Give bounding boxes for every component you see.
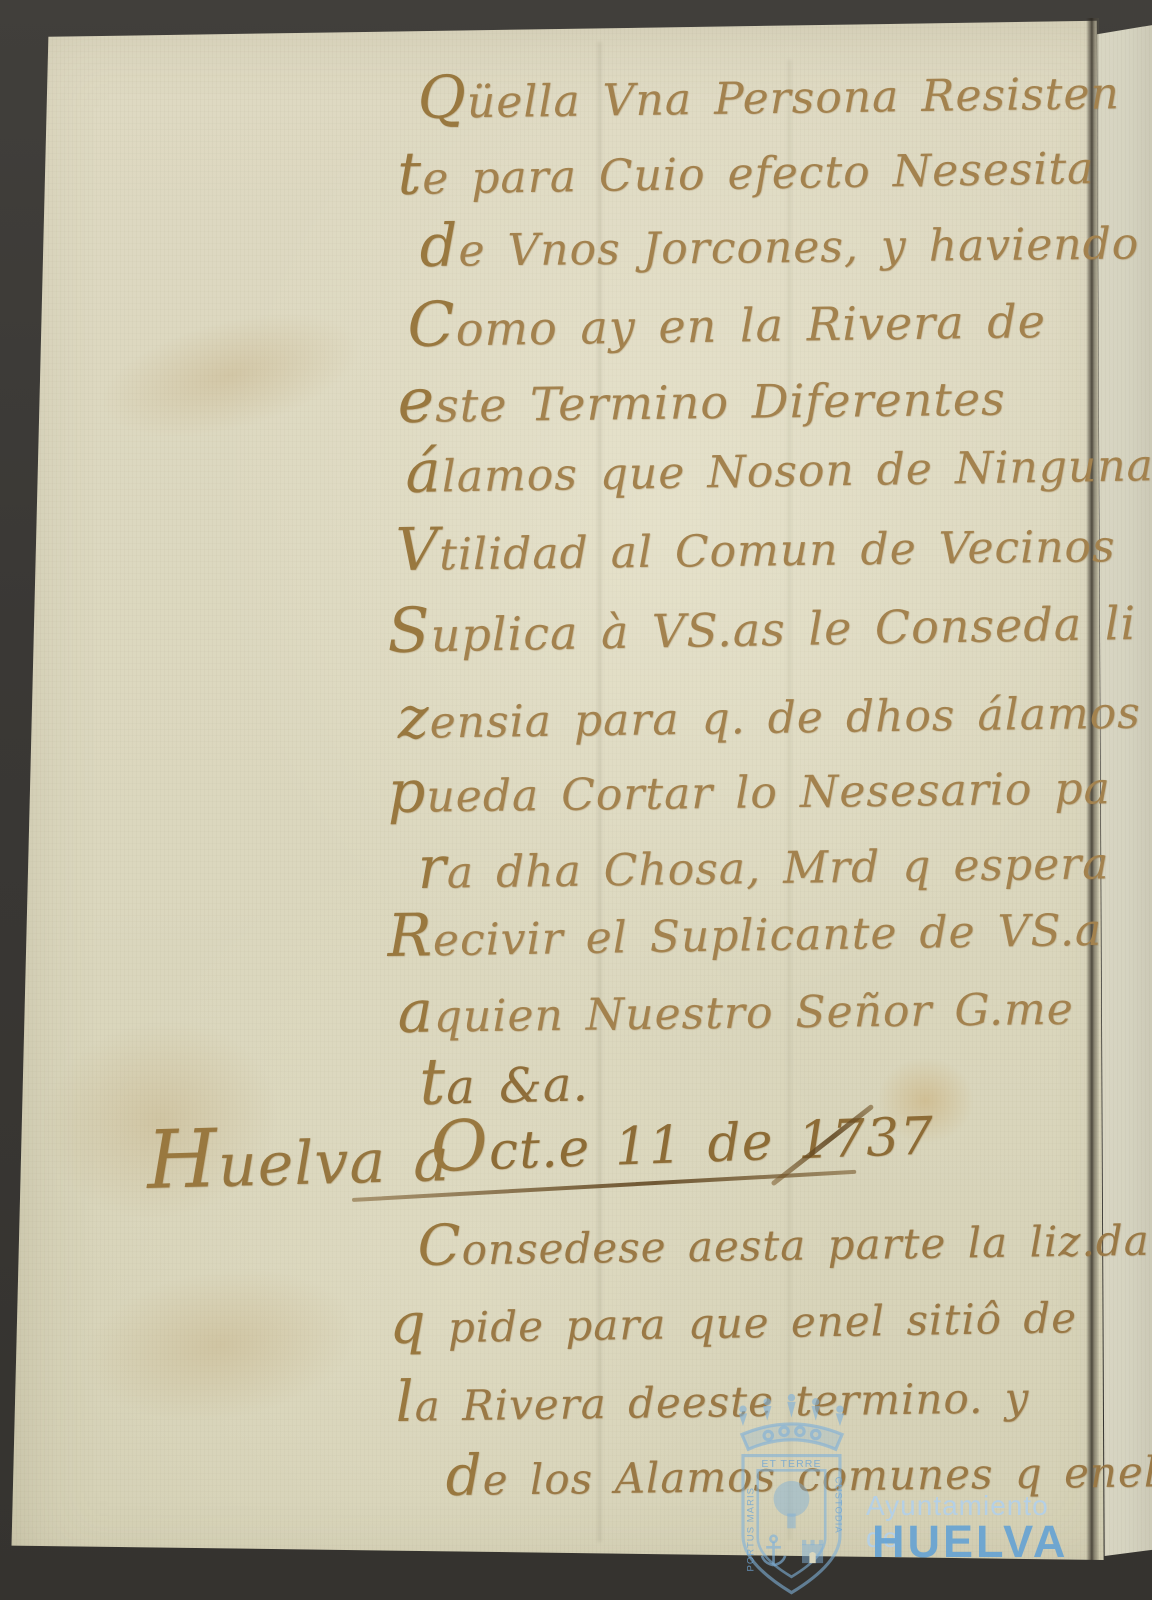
manuscript-line: este Termino Diferentes [397,361,1006,436]
manuscript-line: ra dha Chosa, Mrd q espera [417,826,1110,900]
manuscript-line: Suplica à VS.as le Conseda li [387,585,1137,666]
shield-motto-left: PORTUS MARIS [746,1487,757,1572]
tree-icon [774,1481,810,1528]
manuscript-line: Como ay en la Rivera de [407,283,1046,360]
decree-line: q pide para que enel sitiô de [389,1283,1077,1356]
decree-line: la Rivera deeste termino. y [395,1363,1030,1434]
manuscript-line: álamos que Noson de Ninguna [405,428,1152,505]
huelva-shield-icon: ET TERRE PORTUS MARIS CUSTODIA [726,1386,858,1600]
manuscript-line: Qüella Vna Persona Resisten [417,56,1120,131]
manuscript-line: Vtilidad al Comun de Vecinos [395,509,1116,583]
manuscript-line: pueda Cortar lo Nesesario pa [387,751,1111,825]
tower-icon [802,1540,823,1563]
document-scan: Qüella Vna Persona Resisten te para Cuio… [0,0,1152,1600]
manuscript-line: aquien Nuestro Señor G.me [397,972,1074,1045]
shield-motto-top: ET TERRE [761,1458,821,1470]
shield-motto-right: CUSTODIA [833,1477,844,1534]
manuscript-line: zensia para q. de dhos álamos [397,676,1141,751]
manuscript-line: Recivir el Suplicante de VS.a [387,893,1103,969]
crown-icon [739,1394,844,1449]
anchor-icon [762,1536,785,1566]
manuscript-line: te para Cuio efecto Nesesita [397,131,1095,207]
manuscript-line: de Vnos Jorcones, y haviendo [419,206,1139,278]
watermark-city-name: HUELVA [872,1516,1068,1568]
decree-line: Consedese aesta parte la liz.da [417,1206,1150,1278]
dateline-place: Huelva a [146,1108,451,1204]
